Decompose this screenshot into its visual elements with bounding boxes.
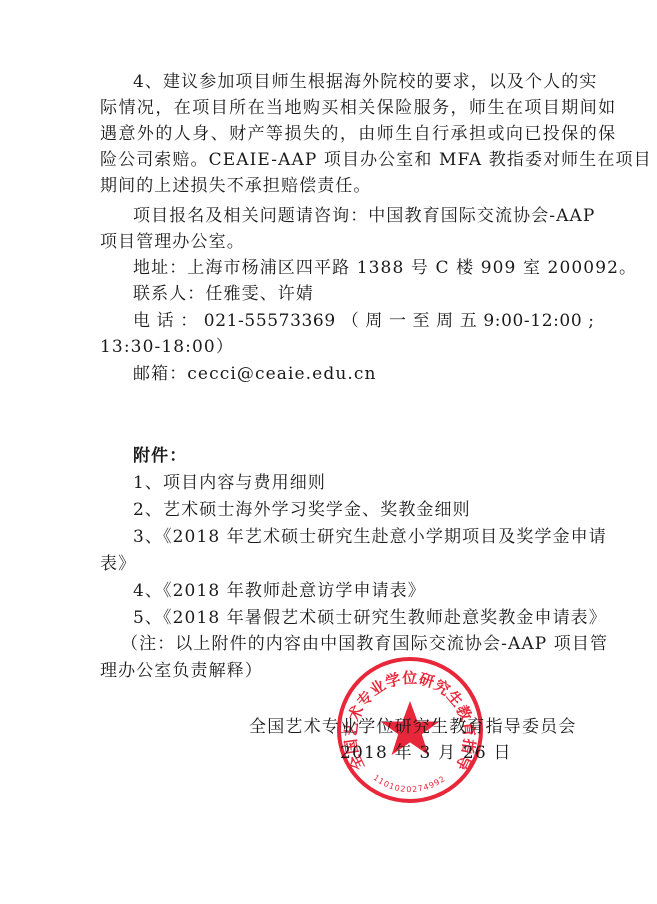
attachments-note-line-2: 理办公室负责解释） [100, 661, 263, 681]
contact-address: 地址：上海市杨浦区四平路 1388 号 C 楼 909 室 200092。 [133, 258, 637, 278]
paragraph-4-line-3: 遇意外的人身、财产等损失的，由师生自行承担或向已投保的保 [100, 124, 617, 144]
attachments-note-line-1: （注：以上附件的内容由中国教育国际交流协会-AAP 项目管 [121, 634, 608, 654]
svg-text:1101020274992: 1101020274992 [372, 773, 448, 794]
contact-intro-line-1: 项目报名及相关问题请咨询：中国教育国际交流协会-AAP [133, 206, 595, 226]
attachment-item-5: 5、《2018 年暑假艺术硕士研究生教师赴意奖教金申请表》 [133, 608, 607, 628]
attachment-item-2: 2、艺术硕士海外学习奖学金、奖教金细则 [133, 500, 471, 520]
attachment-item-1: 1、项目内容与费用细则 [133, 473, 326, 493]
attachment-item-4: 4、《2018 年教师赴意访学申请表》 [133, 581, 426, 601]
contact-persons: 联系人：任雅雯、许婧 [133, 284, 314, 304]
contact-email[interactable]: 邮箱：cecci@ceaie.edu.cn [133, 364, 377, 384]
contact-phone-line-1: 电 话 ： 021-55573369 （ 周 一 至 周 五 9:00-12:0… [133, 311, 595, 331]
attachment-item-3: 3、《2018 年艺术硕士研究生赴意小学期项目及奖学金申请 [133, 527, 607, 547]
attachments-heading: 附件： [133, 446, 187, 466]
paragraph-4-line-1: 4、建议参加项目师生根据海外院校的要求，以及个人的实 [133, 72, 597, 92]
signature-organization: 全国艺术专业学位研究生教育指导委员会 [249, 717, 577, 737]
paragraph-4-line-5: 期间的上述损失不承担赔偿责任。 [100, 176, 372, 196]
signature-date: 2018 年 3 月 26 日 [340, 743, 512, 763]
paragraph-4-line-2: 际情况，在项目所在当地购买相关保险服务，师生在项目期间如 [100, 98, 617, 118]
paragraph-4-line-4: 险公司索赔。CEAIE-AAP 项目办公室和 MFA 教指委对师生在项目 [100, 150, 652, 170]
contact-phone-line-2: 13:30-18:00） [100, 337, 234, 357]
attachment-item-3-cont: 表》 [100, 554, 136, 574]
contact-intro-line-2: 项目管理办公室。 [100, 232, 245, 252]
